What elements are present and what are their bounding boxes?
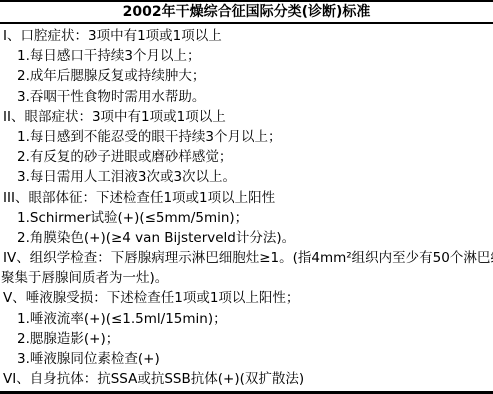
criteria-line: 1.每日感到不能忍受的眼干持续3个月以上；: [0, 127, 493, 147]
criteria-line: VI、自身抗体：抗SSA或抗SSB抗体(+)(双扩散法): [0, 369, 493, 389]
criteria-line: II、眼部症状：3项中有1项或1项以上: [0, 107, 493, 127]
criteria-line: III、眼部体征：下述检查任1项或1项以上阳性: [0, 188, 493, 208]
criteria-line: 2.腮腺造影(+)；: [0, 329, 493, 349]
criteria-line: 1.Schirmer试验(+)(≤5mm/5min)；: [0, 208, 493, 228]
criteria-line: 1.每日感口干持续3个月以上；: [0, 46, 493, 66]
criteria-line: 3.每日需用人工泪液3次或3次以上。: [0, 167, 493, 187]
criteria-line: I、口腔症状：3项中有1项或1项以上: [0, 26, 493, 46]
criteria-line: 2.成年后腮腺反复或持续肿大；: [0, 66, 493, 86]
criteria-body: I、口腔症状：3项中有1项或1项以上1.每日感口干持续3个月以上；2.成年后腮腺…: [0, 24, 493, 389]
criteria-line: 聚集于唇腺间质者为一灶)。: [0, 268, 493, 288]
criteria-line: 3.吞咽干性食物时需用水帮助。: [0, 87, 493, 107]
criteria-line: 1.唾液流率(+)(≤1.5ml/15min)；: [0, 309, 493, 329]
criteria-line: 2.有反复的砂子进眼或磨砂样感觉；: [0, 147, 493, 167]
criteria-line: 3.唾液腺同位素检查(+): [0, 349, 493, 369]
criteria-line: IV、组织学检查：下唇腺病理示淋巴细胞灶≥1。(指4mm²组织内至少有50个淋巴…: [0, 248, 493, 268]
criteria-table: 2002年干燥综合征国际分类(诊断)标准 I、口腔症状：3项中有1项或1项以上1…: [0, 0, 493, 394]
criteria-line: 2.角膜染色(+)(≥4 van Bijsterveld计分法)。: [0, 228, 493, 248]
criteria-line: V、唾液腺受损：下述检查任1项或1项以上阳性；: [0, 288, 493, 308]
table-title: 2002年干燥综合征国际分类(诊断)标准: [0, 2, 493, 24]
